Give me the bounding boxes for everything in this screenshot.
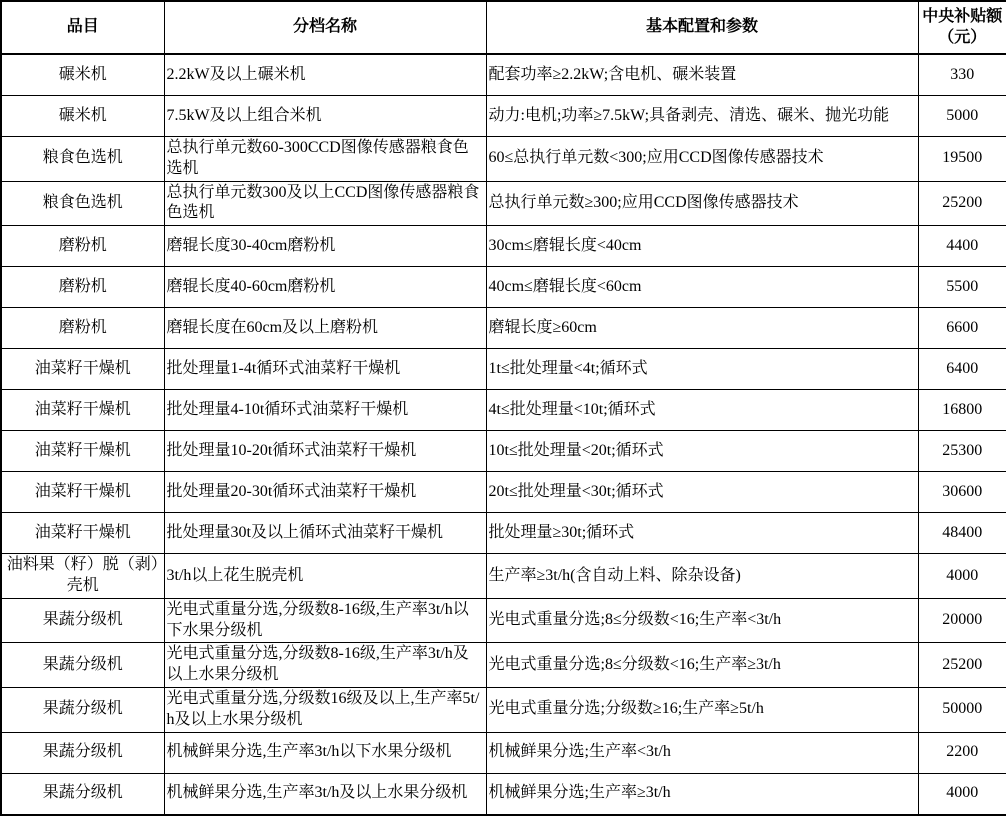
table-row: 油菜籽干燥机批处理量4-10t循环式油菜籽干燥机4t≤批处理量<10t;循环式1…	[1, 390, 1006, 431]
cell-item: 粮食色选机	[1, 181, 164, 226]
cell-tier-name: 光电式重量分选,分级数16级及以上,生产率5t/h及以上水果分级机	[164, 687, 486, 732]
cell-subsidy: 6600	[918, 308, 1006, 349]
cell-params: 磨辊长度≥60cm	[486, 308, 918, 349]
cell-subsidy: 330	[918, 54, 1006, 96]
cell-params: 20t≤批处理量<30t;循环式	[486, 472, 918, 513]
cell-params: 4t≤批处理量<10t;循环式	[486, 390, 918, 431]
table-row: 果蔬分级机光电式重量分选,分级数8-16级,生产率3t/h及以上水果分级机光电式…	[1, 643, 1006, 688]
cell-tier-name: 批处理量20-30t循环式油菜籽干燥机	[164, 472, 486, 513]
cell-params: 光电式重量分选;8≤分级数<16;生产率<3t/h	[486, 598, 918, 643]
cell-subsidy: 5500	[918, 267, 1006, 308]
cell-subsidy: 50000	[918, 687, 1006, 732]
cell-item: 粮食色选机	[1, 137, 164, 182]
cell-item: 果蔬分级机	[1, 773, 164, 815]
table-row: 粮食色选机总执行单元数300及以上CCD图像传感器粮食色选机总执行单元数≥300…	[1, 181, 1006, 226]
cell-subsidy: 4000	[918, 773, 1006, 815]
cell-item: 磨粉机	[1, 226, 164, 267]
cell-params: 机械鲜果分选;生产率≥3t/h	[486, 773, 918, 815]
cell-params: 10t≤批处理量<20t;循环式	[486, 431, 918, 472]
cell-item: 磨粉机	[1, 308, 164, 349]
cell-tier-name: 总执行单元数300及以上CCD图像传感器粮食色选机	[164, 181, 486, 226]
table-row: 碾米机2.2kW及以上碾米机配套功率≥2.2kW;含电机、碾米装置330	[1, 54, 1006, 96]
cell-item: 油菜籽干燥机	[1, 390, 164, 431]
header-cell-params: 基本配置和参数	[486, 1, 918, 54]
table-row: 磨粉机磨辊长度30-40cm磨粉机30cm≤磨辊长度<40cm4400	[1, 226, 1006, 267]
cell-params: 配套功率≥2.2kW;含电机、碾米装置	[486, 54, 918, 96]
cell-params: 40cm≤磨辊长度<60cm	[486, 267, 918, 308]
cell-subsidy: 20000	[918, 598, 1006, 643]
table-row: 果蔬分级机光电式重量分选,分级数16级及以上,生产率5t/h及以上水果分级机光电…	[1, 687, 1006, 732]
header-cell-item: 品目	[1, 1, 164, 54]
table-row: 果蔬分级机机械鲜果分选,生产率3t/h以下水果分级机机械鲜果分选;生产率<3t/…	[1, 732, 1006, 773]
header-cell-subsidy: 中央补贴额（元）	[918, 1, 1006, 54]
cell-params: 光电式重量分选;8≤分级数<16;生产率≥3t/h	[486, 643, 918, 688]
cell-item: 油料果（籽）脱（剥）壳机	[1, 554, 164, 599]
cell-tier-name: 磨辊长度在60cm及以上磨粉机	[164, 308, 486, 349]
cell-tier-name: 光电式重量分选,分级数8-16级,生产率3t/h以下水果分级机	[164, 598, 486, 643]
cell-subsidy: 6400	[918, 349, 1006, 390]
cell-tier-name: 批处理量1-4t循环式油菜籽干燥机	[164, 349, 486, 390]
cell-params: 30cm≤磨辊长度<40cm	[486, 226, 918, 267]
cell-params: 总执行单元数≥300;应用CCD图像传感器技术	[486, 181, 918, 226]
cell-item: 果蔬分级机	[1, 687, 164, 732]
table-row: 果蔬分级机光电式重量分选,分级数8-16级,生产率3t/h以下水果分级机光电式重…	[1, 598, 1006, 643]
cell-params: 机械鲜果分选;生产率<3t/h	[486, 732, 918, 773]
cell-subsidy: 16800	[918, 390, 1006, 431]
cell-params: 60≤总执行单元数<300;应用CCD图像传感器技术	[486, 137, 918, 182]
header-row: 品目 分档名称 基本配置和参数 中央补贴额（元）	[1, 1, 1006, 54]
cell-tier-name: 批处理量30t及以上循环式油菜籽干燥机	[164, 513, 486, 554]
cell-subsidy: 25300	[918, 431, 1006, 472]
cell-params: 1t≤批处理量<4t;循环式	[486, 349, 918, 390]
cell-tier-name: 磨辊长度40-60cm磨粉机	[164, 267, 486, 308]
cell-item: 碾米机	[1, 54, 164, 96]
cell-tier-name: 批处理量4-10t循环式油菜籽干燥机	[164, 390, 486, 431]
table-row: 磨粉机磨辊长度在60cm及以上磨粉机磨辊长度≥60cm6600	[1, 308, 1006, 349]
cell-item: 油菜籽干燥机	[1, 349, 164, 390]
cell-subsidy: 5000	[918, 96, 1006, 137]
cell-tier-name: 7.5kW及以上组合米机	[164, 96, 486, 137]
cell-subsidy: 19500	[918, 137, 1006, 182]
cell-item: 果蔬分级机	[1, 643, 164, 688]
table-row: 粮食色选机总执行单元数60-300CCD图像传感器粮食色选机60≤总执行单元数<…	[1, 137, 1006, 182]
table-row: 磨粉机磨辊长度40-60cm磨粉机40cm≤磨辊长度<60cm5500	[1, 267, 1006, 308]
cell-params: 动力:电机;功率≥7.5kW;具备剥壳、清选、碾米、抛光功能	[486, 96, 918, 137]
cell-subsidy: 2200	[918, 732, 1006, 773]
cell-subsidy: 4400	[918, 226, 1006, 267]
cell-subsidy: 4000	[918, 554, 1006, 599]
cell-item: 果蔬分级机	[1, 732, 164, 773]
cell-item: 碾米机	[1, 96, 164, 137]
table-row: 油菜籽干燥机批处理量30t及以上循环式油菜籽干燥机批处理量≥30t;循环式484…	[1, 513, 1006, 554]
table-row: 碾米机7.5kW及以上组合米机动力:电机;功率≥7.5kW;具备剥壳、清选、碾米…	[1, 96, 1006, 137]
table-row: 油料果（籽）脱（剥）壳机3t/h以上花生脱壳机生产率≥3t/h(含自动上料、除杂…	[1, 554, 1006, 599]
cell-tier-name: 批处理量10-20t循环式油菜籽干燥机	[164, 431, 486, 472]
cell-tier-name: 总执行单元数60-300CCD图像传感器粮食色选机	[164, 137, 486, 182]
cell-item: 油菜籽干燥机	[1, 513, 164, 554]
cell-item: 油菜籽干燥机	[1, 431, 164, 472]
subsidy-table: 品目 分档名称 基本配置和参数 中央补贴额（元） 碾米机2.2kW及以上碾米机配…	[0, 0, 1006, 816]
cell-tier-name: 3t/h以上花生脱壳机	[164, 554, 486, 599]
cell-subsidy: 48400	[918, 513, 1006, 554]
table-row: 油菜籽干燥机批处理量20-30t循环式油菜籽干燥机20t≤批处理量<30t;循环…	[1, 472, 1006, 513]
cell-tier-name: 机械鲜果分选,生产率3t/h及以上水果分级机	[164, 773, 486, 815]
cell-item: 果蔬分级机	[1, 598, 164, 643]
cell-params: 批处理量≥30t;循环式	[486, 513, 918, 554]
cell-subsidy: 25200	[918, 643, 1006, 688]
cell-item: 油菜籽干燥机	[1, 472, 164, 513]
table-header: 品目 分档名称 基本配置和参数 中央补贴额（元）	[1, 1, 1006, 54]
cell-params: 生产率≥3t/h(含自动上料、除杂设备)	[486, 554, 918, 599]
cell-tier-name: 光电式重量分选,分级数8-16级,生产率3t/h及以上水果分级机	[164, 643, 486, 688]
table-row: 果蔬分级机机械鲜果分选,生产率3t/h及以上水果分级机机械鲜果分选;生产率≥3t…	[1, 773, 1006, 815]
cell-subsidy: 25200	[918, 181, 1006, 226]
table-body: 碾米机2.2kW及以上碾米机配套功率≥2.2kW;含电机、碾米装置330碾米机7…	[1, 54, 1006, 815]
table-row: 油菜籽干燥机批处理量10-20t循环式油菜籽干燥机10t≤批处理量<20t;循环…	[1, 431, 1006, 472]
cell-subsidy: 30600	[918, 472, 1006, 513]
cell-tier-name: 磨辊长度30-40cm磨粉机	[164, 226, 486, 267]
subsidy-table-page: 品目 分档名称 基本配置和参数 中央补贴额（元） 碾米机2.2kW及以上碾米机配…	[0, 0, 1006, 816]
cell-tier-name: 2.2kW及以上碾米机	[164, 54, 486, 96]
cell-tier-name: 机械鲜果分选,生产率3t/h以下水果分级机	[164, 732, 486, 773]
table-row: 油菜籽干燥机批处理量1-4t循环式油菜籽干燥机1t≤批处理量<4t;循环式640…	[1, 349, 1006, 390]
header-cell-tier: 分档名称	[164, 1, 486, 54]
cell-item: 磨粉机	[1, 267, 164, 308]
cell-params: 光电式重量分选;分级数≥16;生产率≥5t/h	[486, 687, 918, 732]
